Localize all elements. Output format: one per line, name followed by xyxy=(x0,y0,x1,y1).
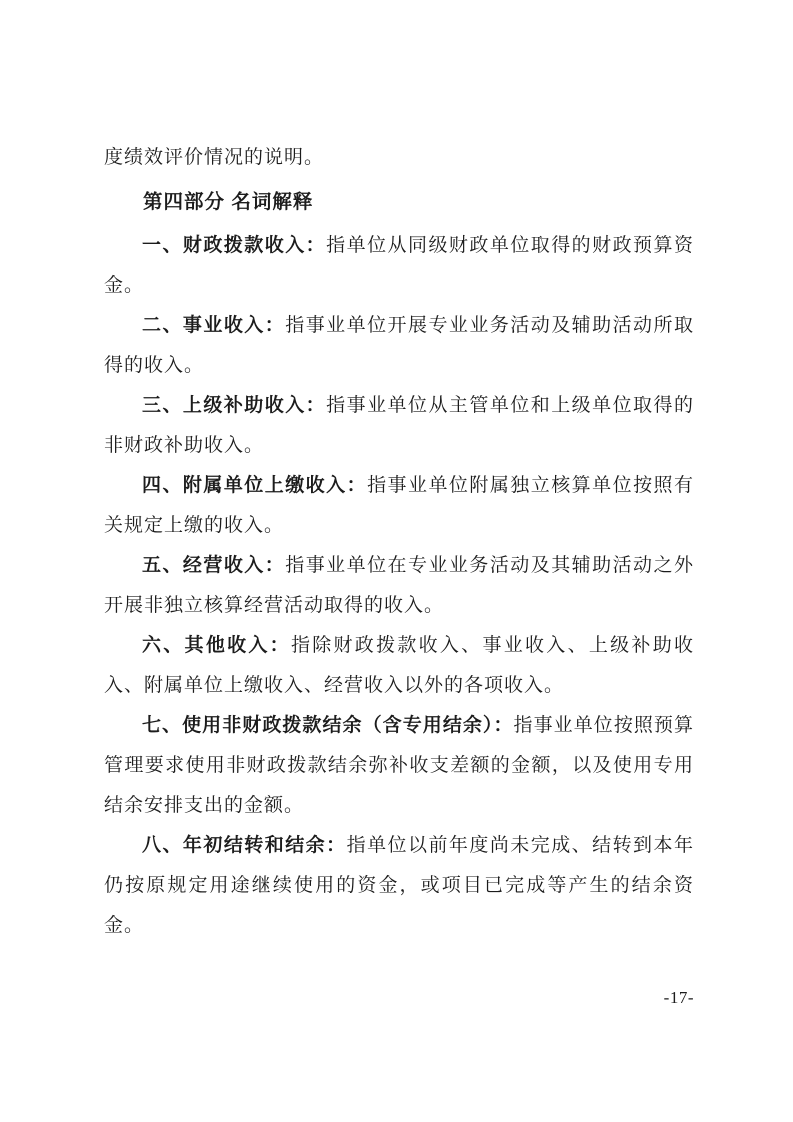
document-page: 度绩效评价情况的说明。 第四部分 名词解释 一、财政拨款收入：指单位从同级财政单… xyxy=(0,0,793,1122)
term-name: 六、其他收入： xyxy=(142,635,291,656)
term-paragraph: 六、其他收入：指除财政拨款收入、事业收入、上级补助收入、附属单位上缴收入、经营收… xyxy=(104,626,694,706)
term-paragraph: 二、事业收入：指事业单位开展专业业务活动及辅助活动所取得的收入。 xyxy=(104,306,694,386)
term-paragraph: 一、财政拨款收入：指单位从同级财政单位取得的财政预算资金。 xyxy=(104,226,694,306)
document-body: 度绩效评价情况的说明。 第四部分 名词解释 一、财政拨款收入：指单位从同级财政单… xyxy=(104,138,694,946)
term-paragraph: 四、附属单位上缴收入：指事业单位附属独立核算单位按照有关规定上缴的收入。 xyxy=(104,466,694,546)
term-paragraph: 五、经营收入：指事业单位在专业业务活动及其辅助活动之外开展非独立核算经营活动取得… xyxy=(104,546,694,626)
term-name: 八、年初结转和结余： xyxy=(142,835,347,856)
term-name: 二、事业收入： xyxy=(142,315,285,336)
term-name: 一、财政拨款收入： xyxy=(142,235,326,256)
term-name: 五、经营收入： xyxy=(142,555,285,576)
page-number: -17- xyxy=(664,986,694,1010)
term-paragraph: 三、上级补助收入：指事业单位从主管单位和上级单位取得的非财政补助收入。 xyxy=(104,386,694,466)
term-name: 三、上级补助收入： xyxy=(142,395,326,416)
term-name: 七、使用非财政拨款结余（含专用结余）： xyxy=(142,715,514,736)
term-paragraph: 八、年初结转和结余：指单位以前年度尚未完成、结转到本年仍按原规定用途继续使用的资… xyxy=(104,826,694,946)
term-paragraph: 七、使用非财政拨款结余（含专用结余）：指事业单位按照预算管理要求使用非财政拨款结… xyxy=(104,706,694,826)
section-heading: 第四部分 名词解释 xyxy=(104,178,694,226)
intro-continuation-line: 度绩效评价情况的说明。 xyxy=(104,138,694,178)
term-name: 四、附属单位上缴收入： xyxy=(142,475,367,496)
